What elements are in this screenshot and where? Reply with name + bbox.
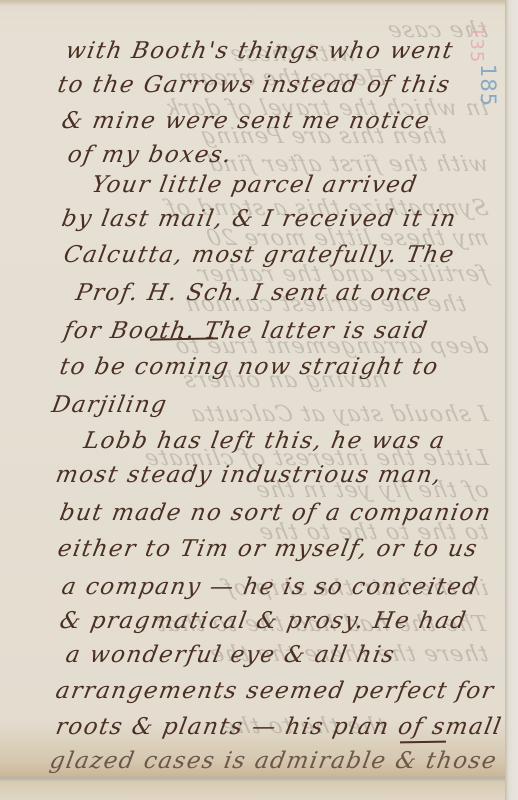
underline-mark <box>400 741 446 743</box>
text-line: Calcutta, most gratefully. The <box>62 242 457 268</box>
text-line: Prof. H. Sch. I sent at once <box>74 280 435 306</box>
text-line: & mine were sent me notice <box>60 108 433 134</box>
text-line: to the Garrows instead of this <box>56 72 453 98</box>
text-line: a wonderful eye & all his <box>64 642 398 668</box>
text-line: & pragmatical & prosy. He had <box>58 608 469 634</box>
text-line: Your little parcel arrived <box>90 172 420 198</box>
text-line: arrangements seemed perfect for <box>54 678 497 704</box>
text-line: most steady industrious man, <box>54 462 445 488</box>
text-line: for Booth. The latter is said <box>62 318 431 344</box>
text-line: a company — he is so conceited <box>60 574 481 600</box>
text-line: of my boxes. <box>66 142 235 168</box>
text-line: with Booth's things who went <box>64 38 456 64</box>
text-line: Lobb has left this, he was a <box>82 428 448 454</box>
text-line: roots & plants — his plan of small <box>54 714 505 740</box>
text-line: either to Tim or myself, or to us <box>56 536 480 562</box>
handwritten-text: with Booth's things who went to the Garr… <box>0 0 506 800</box>
text-line: Darjiling <box>50 392 170 418</box>
text-line: to be coming now straight to <box>58 354 441 380</box>
manuscript-page: the case with these Hence the dream in w… <box>0 0 518 800</box>
binding-edge-strip <box>505 0 518 800</box>
text-line: glazed cases is admirable & those <box>48 748 500 774</box>
text-line: but made no sort of a companion <box>58 500 494 526</box>
text-line: by last mail, & I received it in <box>60 206 459 232</box>
